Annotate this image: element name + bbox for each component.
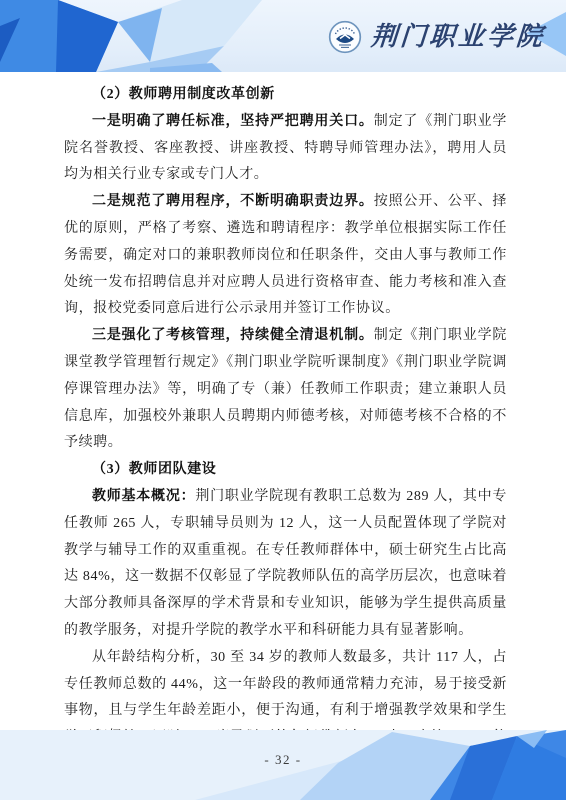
paragraph-hiring-standards: 一是明确了聘任标准，坚持严把聘用关口。制定了《荆门职业学院名誉教授、客座教授、讲… — [64, 109, 507, 189]
college-name-calligraphy: 荆门职业学院 — [370, 20, 546, 54]
paragraph-hiring-procedure: 二是规范了聘用程序，不断明确职责边界。按照公开、公平、择优的原则，严格了考察、遴… — [64, 189, 507, 323]
college-seal-icon — [328, 20, 362, 54]
paragraph-teacher-overview: 教师基本概况：荆门职业学院现有教职工总数为 289 人，其中专任教师 265 人… — [64, 484, 507, 645]
college-brand: 荆门职业学院 — [328, 18, 545, 56]
paragraph-text: 按照公开、公平、择优的原则，严格了考察、遴选和聘请程序：教学单位根据实际工作任务… — [64, 194, 507, 316]
document-page: 荆门职业学院 （2）教师聘用制度改革创新 一是明确了聘任标准，坚持严把聘用关口。… — [0, 0, 566, 800]
header-band: 荆门职业学院 — [0, 0, 566, 72]
paragraph-text: 荆门职业学院现有教职工总数为 289 人，其中专任教师 265 人，专职辅导员则… — [64, 489, 507, 638]
paragraph-lead: 教师基本概况： — [92, 489, 195, 504]
footer-band: - 32 - — [0, 730, 566, 800]
header-left-decoration — [0, 0, 262, 72]
page-number: - 32 - — [0, 752, 566, 768]
paragraph-lead: 二是规范了聘用程序，不断明确职责边界。 — [92, 194, 374, 209]
section-heading-teacher-employment: （2）教师聘用制度改革创新 — [64, 82, 507, 109]
paragraph-text: 制定《荆门职业学院课堂教学管理暂行规定》《荆门职业学院听课制度》《荆门职业学院调… — [64, 328, 507, 450]
document-body: （2）教师聘用制度改革创新 一是明确了聘任标准，坚持严把聘用关口。制定了《荆门职… — [0, 72, 566, 779]
paragraph-lead: 三是强化了考核管理，持续健全清退机制。 — [92, 328, 374, 343]
paragraph-assessment-management: 三是强化了考核管理，持续健全清退机制。制定《荆门职业学院课堂教学管理暂行规定》《… — [64, 323, 507, 457]
paragraph-lead: 一是明确了聘任标准，坚持严把聘用关口。 — [92, 114, 374, 129]
section-heading-team-building: （3）教师团队建设 — [64, 457, 507, 484]
